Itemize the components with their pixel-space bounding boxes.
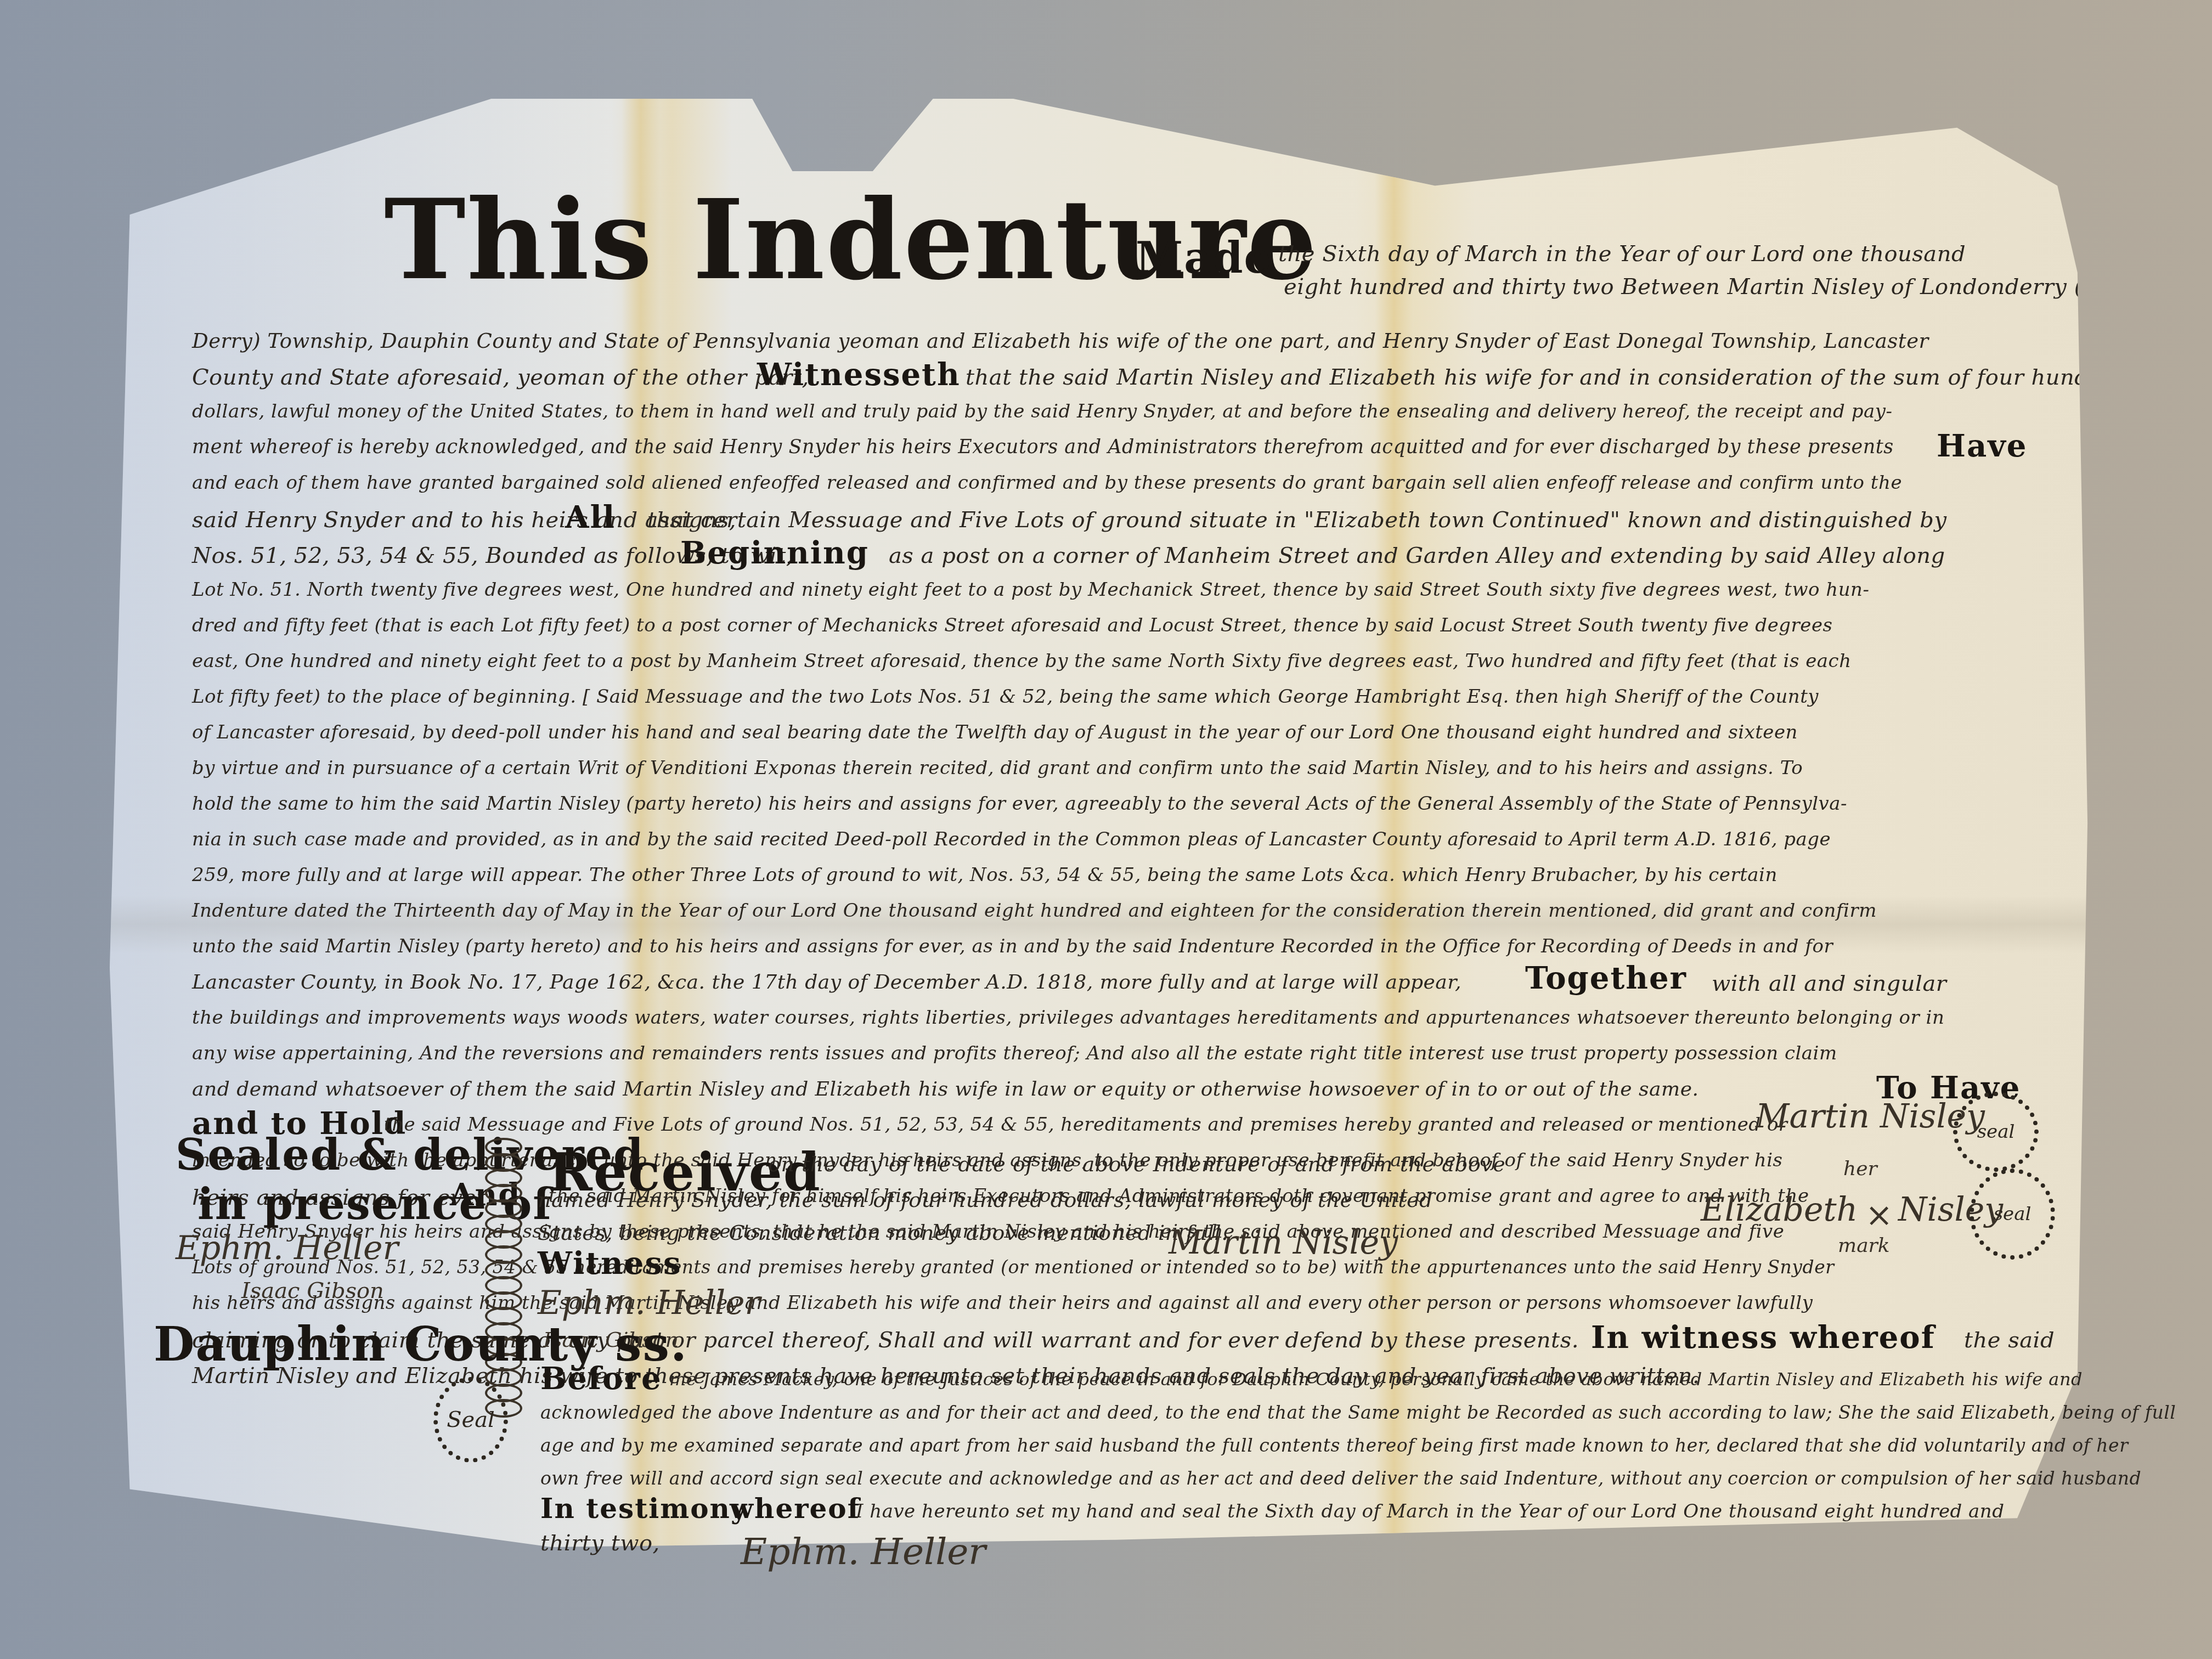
receipt-signature: Martin Nisley: [1169, 1223, 1398, 1262]
keyword-beginning: Beginning: [680, 535, 869, 571]
whereof-heading: whereof: [730, 1492, 860, 1525]
body-line: hold the same to him the said Martin Nis…: [192, 793, 1847, 815]
mark-label: mark: [1838, 1234, 1890, 1257]
body-line: the said: [1964, 1328, 2055, 1353]
elizabeth-signature: Elizabeth: [1701, 1190, 1858, 1229]
body-line: that the said Martin Nisley and Elizabet…: [966, 365, 2127, 390]
body-line: east, One hundred and ninety eight feet …: [192, 650, 1852, 672]
acknowledgement-line: me James Mackey, one of the Justices of …: [669, 1369, 2083, 1390]
body-line: ment whereof is hereby acknowledged, and…: [192, 436, 1894, 458]
mark-x: ×: [1865, 1196, 1893, 1234]
body-line: that certain Messuage and Five Lots of g…: [647, 507, 1947, 533]
keyword-have: Have: [1937, 428, 2027, 464]
body-line: the Sixth day of March in the Year of ou…: [1278, 241, 1966, 267]
acknowledgement-line: age and by me examined separate and apar…: [540, 1435, 2128, 1456]
body-line: Indenture dated the Thirteenth day of Ma…: [192, 900, 1877, 922]
martin-nisley-signature: Martin Nisley: [1756, 1097, 1985, 1136]
body-line: Lots of ground Nos. 51, 52, 53, 54 & 55 …: [192, 1256, 1834, 1278]
body-line: the buildings and improvements ways wood…: [192, 1007, 1944, 1029]
justice-signature: Ephm. Heller: [741, 1531, 986, 1573]
body-line: and each of them have granted bargained …: [192, 472, 1902, 494]
witness-signature: Isaac Gibson: [241, 1278, 384, 1304]
body-line: Lancaster County, in Book No. 17, Page 1…: [192, 971, 1462, 994]
acknowledgement-line: thirty two,: [540, 1531, 660, 1556]
body-line: Lot No. 51. North twenty five degrees we…: [192, 579, 1869, 601]
witness-signature: Ephm. Heller: [176, 1229, 398, 1267]
acknowledgement-line: I have hereunto set my hand and seal the…: [856, 1500, 2005, 1522]
receipt-line: on the day of the date of the above Inde…: [768, 1152, 1505, 1176]
receipt-line: States, being the Consideration money ab…: [538, 1221, 1228, 1245]
in-testimony-heading: In testimony: [540, 1492, 748, 1525]
seal-icon: Seal: [433, 1377, 508, 1463]
body-line: as a post on a corner of Manheim Street …: [889, 543, 1945, 568]
opening-word: Made: [1136, 233, 1272, 283]
receipt-line: named Henry Snyder, the sum of four hund…: [538, 1188, 1433, 1212]
her-label: her: [1843, 1158, 1877, 1180]
body-line: by virtue and in pursuance of a certain …: [192, 757, 1803, 779]
body-line: Lot fifty feet) to the place of beginnin…: [192, 686, 1819, 708]
body-line: nia in such case made and provided, as i…: [192, 828, 1831, 850]
body-line: dred and fifty feet (that is each Lot fi…: [192, 614, 1832, 636]
witness-heading: Witness: [538, 1245, 681, 1282]
keyword-together: Together: [1525, 960, 1687, 996]
body-line: his heirs and assigns against him the sa…: [192, 1292, 1813, 1314]
body-line: dollars, lawful money of the United Stat…: [192, 400, 1892, 422]
body-line: and demand whatsoever of them the said M…: [192, 1078, 1699, 1101]
keyword-all: All: [565, 499, 616, 535]
acknowledgement-line: own free will and accord sign seal execu…: [540, 1468, 2141, 1489]
body-line: 259, more fully and at large will appear…: [192, 864, 1778, 886]
body-line: of Lancaster aforesaid, by deed-poll und…: [192, 721, 1798, 743]
body-line: with all and singular: [1712, 971, 1946, 996]
seal-icon: seal: [1970, 1169, 2055, 1260]
before-heading: Before: [540, 1361, 662, 1397]
body-line: eight hundred and thirty two Between Mar…: [1284, 274, 2181, 300]
body-line: any wise appertaining, And the reversion…: [192, 1042, 1837, 1064]
body-line: unto the said Martin Nisley (party heret…: [192, 935, 1833, 957]
acknowledgement-line: acknowledged the above Indenture as and …: [540, 1402, 2176, 1423]
body-line: Derry) Township, Dauphin County and Stat…: [192, 329, 1929, 353]
keyword-witnesseth: Witnesseth: [757, 357, 961, 393]
seal-icon: seal: [1953, 1092, 2039, 1172]
keyword-in-witness-whereof: In witness whereof: [1591, 1319, 1936, 1356]
body-line: County and State aforesaid, yeoman of th…: [192, 365, 809, 390]
